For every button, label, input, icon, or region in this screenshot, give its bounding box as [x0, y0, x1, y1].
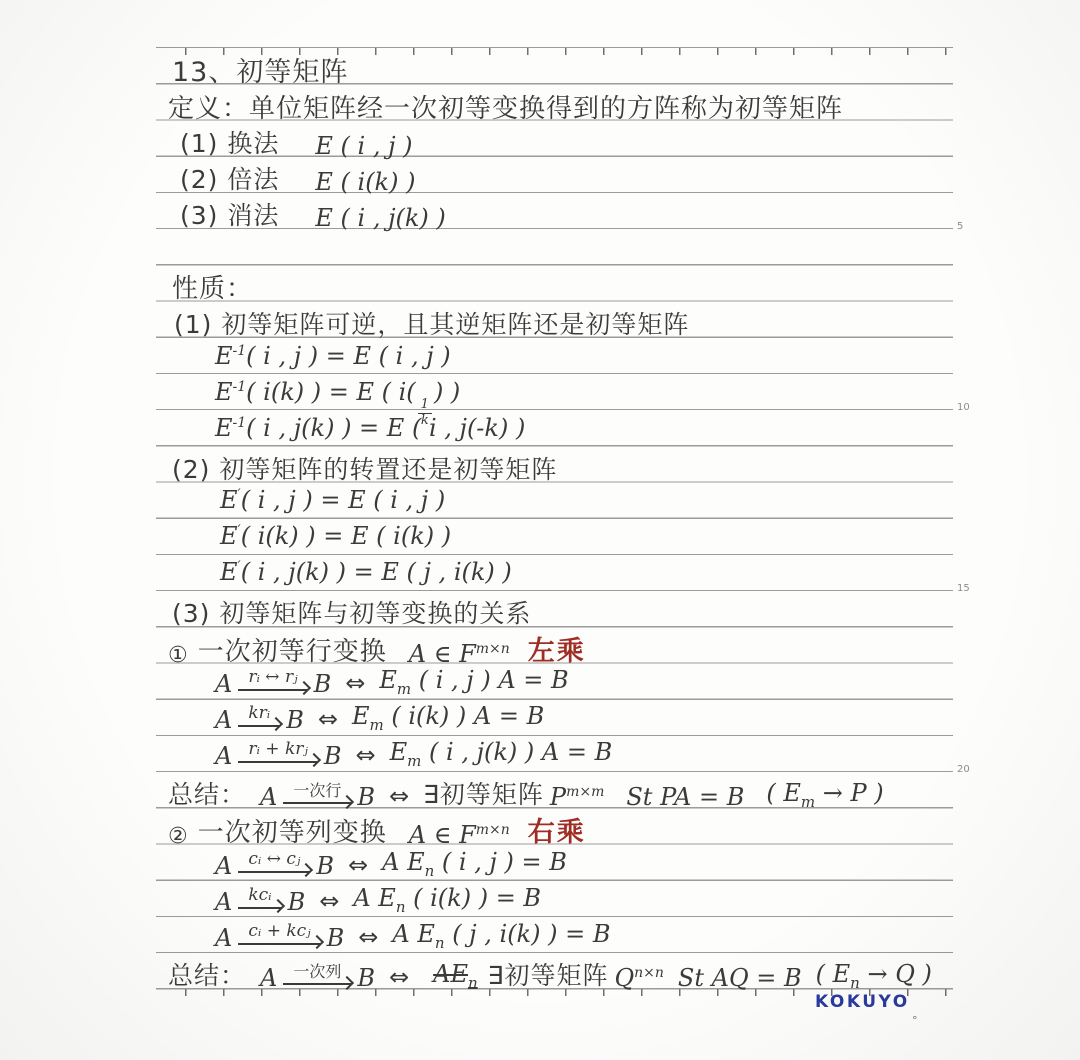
formula-row-transpose-2: E′( i(k) ) = E ( i(k) )	[220, 522, 451, 550]
row-ops-summary: 总结： A 一次行 B ⇔ ∃初等矩阵 Pm×m St PA = B ( Em …	[168, 775, 884, 811]
arrow-line	[238, 907, 281, 909]
type-label: (3) 消法	[180, 196, 279, 232]
line-number-15: 15	[957, 583, 970, 594]
right-multiply-note: 右乘	[528, 810, 586, 849]
col-ops-header: ② 一次初等列变换 A ∈ Fm×n 右乘	[168, 810, 586, 849]
iff-symbol: ⇔	[389, 782, 409, 810]
properties-header: 性质：	[172, 268, 253, 305]
arrow-line	[238, 943, 320, 945]
circled-1: ①	[168, 643, 188, 668]
type-row-eliminate: (3) 消法 E ( i , j(k) )	[180, 196, 446, 232]
relation-property-header: (3) 初等矩阵与初等变换的关系	[172, 594, 531, 630]
line-number-5: 5	[957, 221, 963, 232]
iff-symbol: ⇔	[319, 887, 339, 915]
iff-symbol: ⇔	[348, 851, 368, 879]
formula-row-rowop-1: A rᵢ ↔ rⱼ B ⇔ Em ( i , j ) A = B	[215, 666, 569, 698]
notebook-page: 5 10 15 20 13、初等矩阵 定义：单位矩阵经一次初等变换得到的方阵称为…	[0, 0, 1080, 1060]
note-title: 13、初等矩阵	[172, 50, 348, 89]
kokuyo-logo: KOKUYO	[815, 992, 910, 1012]
transform-arrow: cᵢ ↔ cⱼ	[238, 851, 310, 873]
formula-row-colop-1: A cᵢ ↔ cⱼ B ⇔ A En ( i , j ) = B	[215, 848, 567, 880]
exists-elementary-matrix: ∃初等矩阵	[488, 956, 609, 992]
iff-symbol: ⇔	[389, 963, 409, 991]
circled-2: ②	[168, 824, 188, 849]
inverse-property-header: (1) 初等矩阵可逆，且其逆矩阵还是初等矩阵	[174, 305, 689, 341]
transform-arrow: 一次列	[283, 964, 351, 985]
formula-row-inverse-1: E-1( i , j ) = E ( i , j )	[215, 342, 451, 370]
formula-row-rowop-2: A krᵢ B ⇔ Em ( i(k) ) A = B	[215, 702, 544, 734]
arrow-line	[238, 871, 310, 873]
arrow-line	[283, 983, 351, 985]
arrow-line	[238, 725, 280, 727]
formula-row-rowop-3: A rᵢ + krⱼ B ⇔ Em ( i , j(k) ) A = B	[215, 738, 612, 770]
left-multiply-note: 左乘	[528, 629, 586, 668]
dot-mark: °	[912, 1014, 918, 1027]
transform-arrow: rᵢ + krⱼ	[238, 741, 318, 763]
formula-row-transpose-3: E′( i , j(k) ) = E ( j , i(k) )	[220, 558, 512, 586]
arrow-line	[283, 802, 351, 804]
type-formula: E ( i , j )	[315, 132, 412, 160]
arrow-line	[238, 761, 318, 763]
transpose-property-header: (2) 初等矩阵的转置还是初等矩阵	[172, 450, 557, 486]
definition-text: 定义：单位矩阵经一次初等变换得到的方阵称为初等矩阵	[168, 88, 843, 125]
type-label: (2) 倍法	[180, 160, 279, 196]
transform-arrow: cᵢ + kcⱼ	[238, 923, 320, 945]
crossed-out-AEn: AEn	[433, 960, 478, 992]
col-ops-summary: 总结： A 一次列 B ⇔ AEn ∃初等矩阵 Qn×n St AQ = B (…	[168, 956, 932, 992]
exists-elementary-matrix: ∃初等矩阵	[423, 775, 544, 811]
formula-row-colop-2: A kcᵢ B ⇔ A En ( i(k) ) = B	[215, 884, 541, 916]
type-row-scale: (2) 倍法 E ( i(k) )	[180, 160, 415, 196]
iff-symbol: ⇔	[345, 669, 365, 697]
title-text: 13、初等矩阵	[172, 50, 348, 89]
type-label: (1) 换法	[180, 124, 279, 160]
iff-symbol: ⇔	[356, 741, 376, 769]
note-definition: 定义：单位矩阵经一次初等变换得到的方阵称为初等矩阵	[168, 88, 843, 125]
iff-symbol: ⇔	[358, 923, 378, 951]
formula-row-inverse-3: E-1( i , j(k) ) = E ( i , j(-k) )	[215, 414, 525, 442]
type-formula: E ( i , j(k) )	[315, 204, 445, 232]
type-row-swap: (1) 换法 E ( i , j )	[180, 124, 413, 160]
transform-arrow: 一次行	[283, 783, 351, 804]
formula-row-transpose-1: E′( i , j ) = E ( i , j )	[220, 486, 445, 514]
row-ops-header: ① 一次初等行变换 A ∈ Fm×n 左乘	[168, 629, 586, 668]
type-formula: E ( i(k) )	[315, 168, 415, 196]
iff-symbol: ⇔	[318, 705, 338, 733]
transform-arrow: krᵢ	[238, 705, 280, 727]
transform-arrow: rᵢ ↔ rⱼ	[238, 669, 307, 691]
arrow-line	[238, 689, 307, 691]
formula-row-colop-3: A cᵢ + kcⱼ B ⇔ A En ( j , i(k) ) = B	[215, 920, 610, 952]
transform-arrow: kcᵢ	[238, 887, 281, 909]
line-number-10: 10	[957, 402, 970, 413]
line-number-20: 20	[957, 764, 970, 775]
